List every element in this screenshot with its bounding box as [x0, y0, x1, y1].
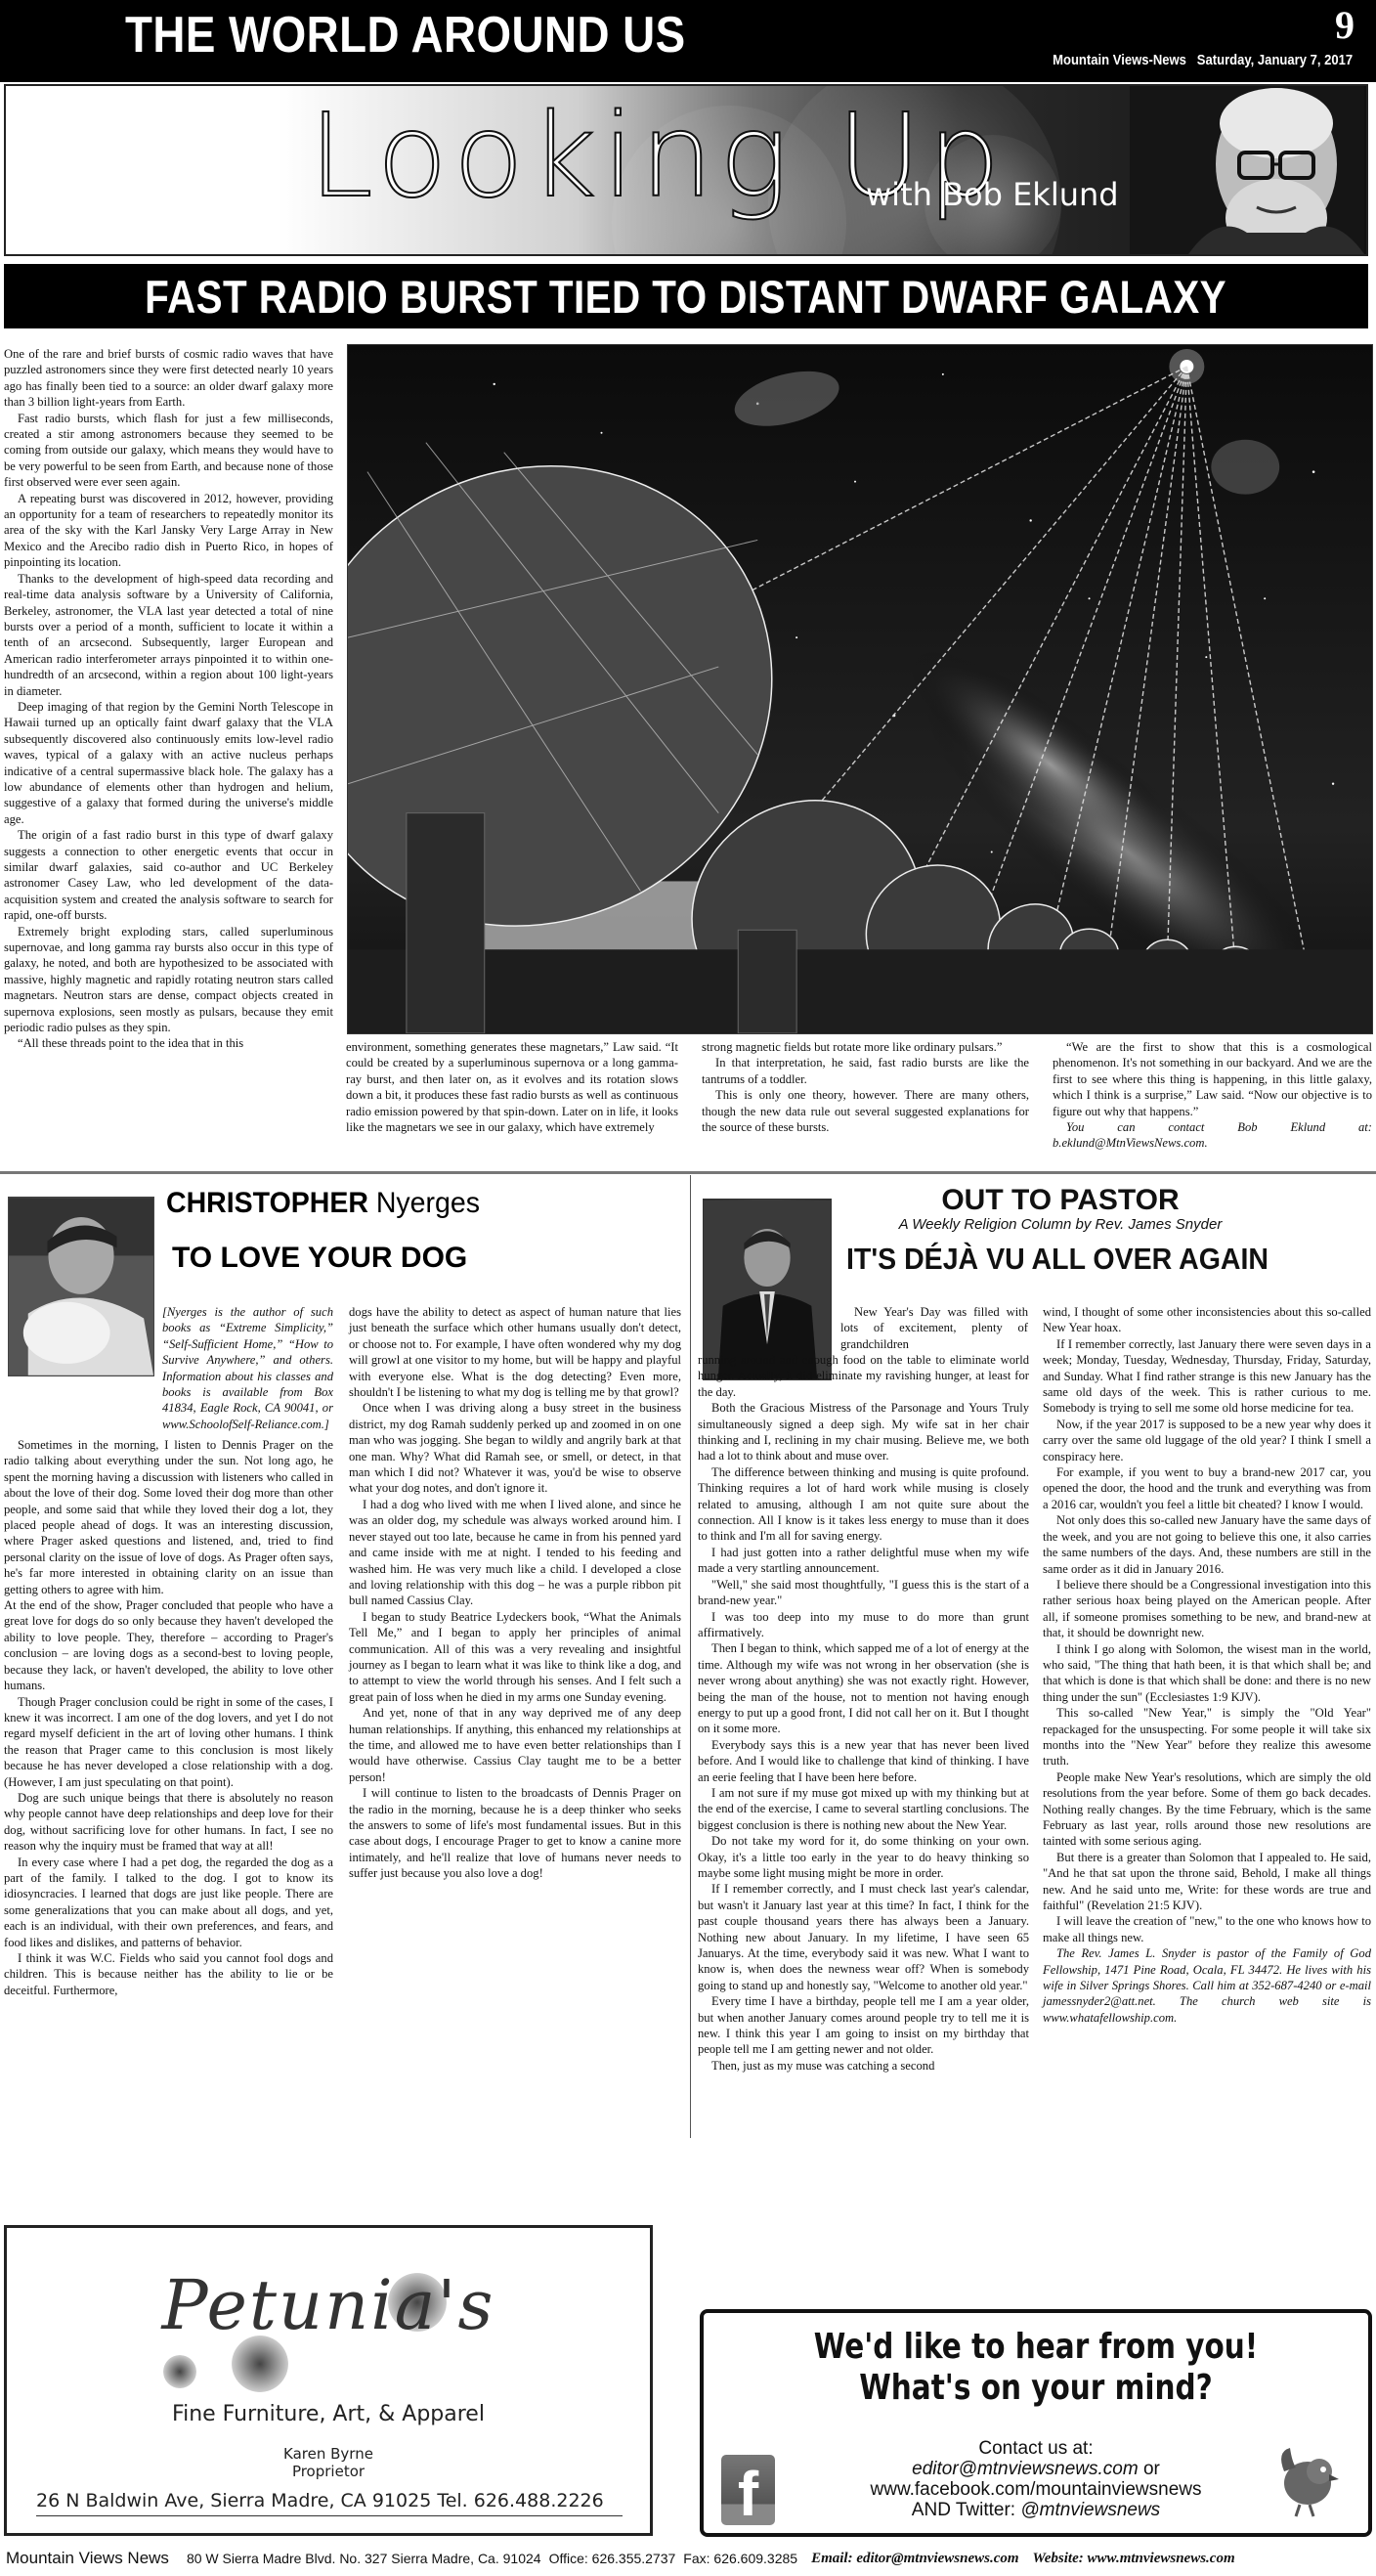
paragraph: "Well," she said most thoughtfully, "I g… [698, 1577, 1029, 1609]
contact-details: Contact us at: editor@mtnviewsnews.com o… [704, 2438, 1368, 2520]
footer-email[interactable]: Email: editor@mtnviewsnews.com [811, 2551, 1018, 2567]
section-title: THE WORLD AROUND US [125, 6, 686, 65]
paragraph: wind, I thought of some other inconsiste… [1043, 1304, 1371, 1336]
paragraph: For example, if you went to buy a brand-… [1043, 1464, 1371, 1512]
column-intro: New Year's Day was filled with lots of e… [840, 1304, 1028, 1352]
radio-telescope-illustration [347, 344, 1373, 1034]
paragraph: Now, if the year 2017 is supposed to be … [1043, 1417, 1371, 1464]
author-contact-note: You can contact Bob Eklund at: b.eklund@… [1053, 1119, 1372, 1152]
paragraph: I think it was W.C. Fields who said you … [4, 1950, 333, 1998]
column-text-2: wind, I thought of some other inconsiste… [1043, 1304, 1371, 2026]
author-bio: The Rev. James L. Snyder is pastor of th… [1043, 1945, 1371, 2026]
paragraph: And yet, none of that in any way deprive… [349, 1705, 681, 1785]
column-divider [690, 1175, 691, 2138]
column-text-1: running around and enough food on the ta… [698, 1352, 1029, 2074]
column-text-1: Sometimes in the morning, I listen to De… [4, 1437, 333, 1998]
petunias-advertisement[interactable]: Petunia's Fine Furniture, Art, & Apparel… [4, 2225, 653, 2536]
paragraph: I began to study Beatrice Lydeckers book… [349, 1609, 681, 1705]
column-name: OUT TO PASTOR [836, 1184, 1285, 1217]
paragraph: A repeating burst was discovered in 2012… [4, 491, 333, 571]
column-headline: IT'S DÉJÀ VU ALL OVER AGAIN [846, 1242, 1268, 1277]
paragraph: Do not take my word for it, do some thin… [698, 1833, 1029, 1881]
paragraph: People make New Year's resolutions, whic… [1043, 1769, 1371, 1850]
owner-name: Karen Byrne [7, 2445, 650, 2463]
owner-title: Proprietor [7, 2463, 650, 2480]
twitter-label: AND Twitter: [912, 2500, 1021, 2520]
contact-us-box: We'd like to hear from you! What's on yo… [700, 2309, 1372, 2537]
looking-up-banner: Looking Up with Bob Eklund [4, 84, 1368, 256]
column-title: TO LOVE YOUR DOG [172, 1242, 467, 1275]
paragraph: strong magnetic fields but rotate more l… [702, 1039, 1029, 1055]
paragraph: New Year's Day was filled with lots of e… [840, 1304, 1028, 1352]
paragraph: Not only does this so-called new January… [1043, 1512, 1371, 1577]
paragraph: environment, something generates these m… [346, 1039, 678, 1135]
footer-address: 80 W Sierra Madre Blvd. No. 327 Sierra M… [187, 2551, 541, 2566]
column-byline: with Bob Eklund [866, 176, 1119, 213]
article-headline: FAST RADIO BURST TIED TO DISTANT DWARF G… [146, 270, 1227, 324]
author-photo-bob-eklund [1130, 86, 1364, 254]
contact-label: Contact us at: [704, 2438, 1368, 2459]
paragraph: I was too deep into my muse to do more t… [698, 1609, 1029, 1641]
petunias-owner: Karen Byrne Proprietor [7, 2445, 650, 2480]
footer-office-phone: Office: 626.355.2737 [549, 2551, 676, 2566]
article-column-4: “We are the first to show that this is a… [1053, 1039, 1372, 1152]
paragraph: Then, just as my muse was catching a sec… [698, 2058, 1029, 2074]
article-column-1: One of the rare and brief bursts of cosm… [4, 346, 333, 1052]
twitter-bird-icon[interactable] [1270, 2442, 1339, 2520]
paragraph: “All these threads point to the idea tha… [4, 1035, 333, 1051]
masthead-date: Mountain Views-News Saturday, January 7,… [1053, 53, 1353, 68]
paragraph: I think I go along with Solomon, the wis… [1043, 1641, 1371, 1706]
paragraph: I believe there should be a Congressiona… [1043, 1577, 1371, 1641]
paragraph: Both the Gracious Mistress of the Parson… [698, 1400, 1029, 1464]
paragraph: Once when I was driving along a busy str… [349, 1400, 681, 1496]
contact-or: or [1139, 2459, 1160, 2479]
paragraph: Fast radio bursts, which flash for just … [4, 411, 333, 491]
paragraph: Then I began to think, which sapped me o… [698, 1640, 1029, 1736]
petunias-tagline: Fine Furniture, Art, & Apparel [7, 2402, 650, 2426]
contact-headline-line2: What's on your mind? [763, 2368, 1309, 2409]
footer-publication: Mountain Views News [6, 2549, 169, 2568]
contact-headline-line1: We'd like to hear from you! [763, 2327, 1309, 2368]
paragraph: I had just gotten into a rather delightf… [698, 1545, 1029, 1577]
paragraph: If I remember correctly, and I must chec… [698, 1881, 1029, 1993]
paragraph: At the end of the show, Prager concluded… [4, 1597, 333, 1693]
paragraph: But there is a greater than Solomon that… [1043, 1850, 1371, 1914]
paragraph: Thanks to the development of high-speed … [4, 571, 333, 699]
columnist-first-name: CHRISTOPHER [166, 1187, 368, 1219]
paragraph: running around and enough food on the ta… [698, 1352, 1029, 1400]
flower-decoration-icon [163, 2355, 196, 2388]
paragraph: The origin of a fast radio burst in this… [4, 827, 333, 923]
twitter-handle-link[interactable]: @mtnviewsnews [1020, 2500, 1160, 2520]
contact-headline: We'd like to hear from you! What's on yo… [763, 2327, 1309, 2409]
paragraph: dogs have the ability to detect as aspec… [349, 1304, 681, 1400]
paragraph: One of the rare and brief bursts of cosm… [4, 346, 333, 411]
petunias-logo: Petunia's [7, 2265, 650, 2345]
section-divider [0, 1171, 1376, 1174]
page-footer: Mountain Views News 80 W Sierra Madre Bl… [0, 2546, 1376, 2571]
footer-fax: Fax: 626.609.3285 [683, 2551, 797, 2566]
paragraph: This is only one theory, however. There … [702, 1087, 1029, 1135]
section-header-bar: THE WORLD AROUND US 9 Mountain Views-New… [0, 0, 1376, 82]
footer-website[interactable]: Website: www.mtnviewsnews.com [1033, 2551, 1235, 2567]
paragraph: I had a dog who lived with me when I liv… [349, 1497, 681, 1609]
paragraph: Sometimes in the morning, I listen to De… [4, 1437, 333, 1597]
paragraph: Everybody says this is a new year that h… [698, 1737, 1029, 1785]
headline-bar: FAST RADIO BURST TIED TO DISTANT DWARF G… [4, 264, 1368, 328]
page-number: 9 [1335, 2, 1354, 48]
paragraph: I will leave the creation of "new," to t… [1043, 1913, 1371, 1945]
article-column-3: strong magnetic fields but rotate more l… [702, 1039, 1029, 1135]
petunias-address: 26 N Baldwin Ave, Sierra Madre, CA 91025… [36, 2490, 623, 2516]
paragraph: Every time I have a birthday, people tel… [698, 1993, 1029, 2058]
paragraph: Dog are such unique beings that there is… [4, 1790, 333, 1855]
paragraph: I will continue to listen to the broadca… [349, 1785, 681, 1881]
paragraph: I am not sure if my muse got mixed up wi… [698, 1785, 1029, 1833]
column-text-2: dogs have the ability to detect as aspec… [349, 1304, 681, 1882]
paragraph: Deep imaging of that region by the Gemin… [4, 699, 333, 827]
contact-email-link[interactable]: editor@mtnviewsnews.com [912, 2459, 1139, 2479]
article-column-2: environment, something generates these m… [346, 1039, 678, 1135]
paragraph: In every case where I had a pet dog, the… [4, 1855, 333, 1950]
author-photo-christopher-nyerges [8, 1197, 154, 1376]
paragraph: The difference between thinking and musi… [698, 1464, 1029, 1545]
author-bio: [Nyerges is the author of such books as … [162, 1304, 333, 1432]
columnist-name: CHRISTOPHER Nyerges [166, 1187, 480, 1220]
facebook-link[interactable]: www.facebook.com/mountainviewsnews [704, 2479, 1368, 2500]
paragraph: If I remember correctly, last January th… [1043, 1336, 1371, 1417]
columnist-last-name: Nyerges [368, 1187, 480, 1219]
column-subtitle: A Weekly Religion Column by Rev. James S… [836, 1216, 1285, 1233]
facebook-icon[interactable]: f [721, 2455, 775, 2525]
paragraph: “We are the first to show that this is a… [1053, 1039, 1372, 1119]
paragraph: Extremely bright exploding stars, called… [4, 924, 333, 1036]
paragraph: Though Prager conclusion could be right … [4, 1694, 333, 1790]
paragraph: In that interpretation, he said, fast ra… [702, 1055, 1029, 1087]
paragraph: This so-called "New Year," is simply the… [1043, 1705, 1371, 1769]
